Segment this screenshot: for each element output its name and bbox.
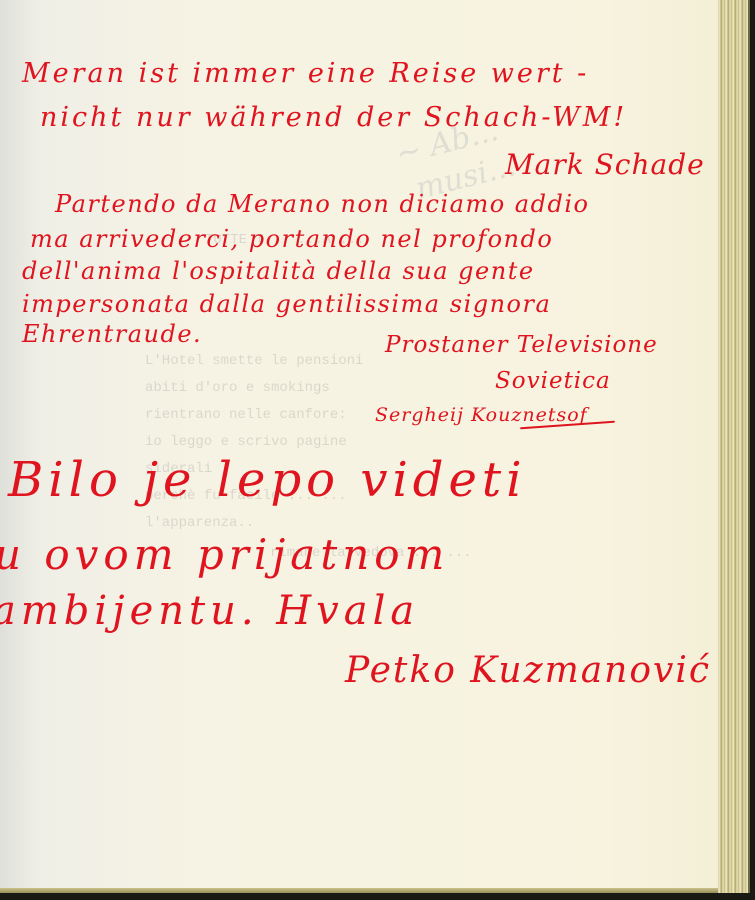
entry-italian-affiliation-line-2: Sovietica	[495, 368, 611, 394]
entry-italian-line-2: ma arrivederci, portando nel profondo	[30, 225, 553, 253]
entry-german-line-2: nicht nur während der Schach-WM!	[40, 102, 627, 133]
page-stack-edges	[718, 0, 750, 893]
entry-german-signature: Mark Schade	[505, 148, 705, 181]
bleed-through-typed-line: L'Hotel smette le pensioni	[145, 348, 363, 375]
entry-italian-line-3: dell'anima l'ospitalità della sua gente	[22, 257, 535, 285]
entry-italian-line-1: Partendo da Merano non diciamo addio	[55, 190, 589, 218]
bleed-through-typed-line: abiti d'oro e smokings	[145, 375, 330, 402]
entry-croatian-signature: Petko Kuzmanović	[345, 650, 711, 691]
entry-croatian-line-1: Bilo je lepo videti	[8, 452, 527, 508]
entry-italian-affiliation-line-1: Prostaner Televisione	[385, 332, 658, 358]
entry-german-line-1: Meran ist immer eine Reise wert -	[22, 58, 589, 89]
page-bottom-edge	[0, 888, 722, 893]
bleed-through-typed-line: rientrano nelle canfore:	[145, 402, 347, 429]
guestbook-page: TUTTE T... ...A ... L'Hotel smette le pe…	[0, 0, 722, 893]
entry-croatian-line-3: ambijentu. Hvala	[0, 588, 419, 634]
entry-italian-line-5: Ehrentraude.	[22, 320, 202, 348]
entry-italian-line-4: impersonata dalla gentilissima signora	[22, 290, 551, 318]
entry-croatian-line-2: u ovom prijatnom	[0, 530, 449, 579]
entry-italian-signature: Sergheij Kouznetsof	[375, 404, 588, 426]
